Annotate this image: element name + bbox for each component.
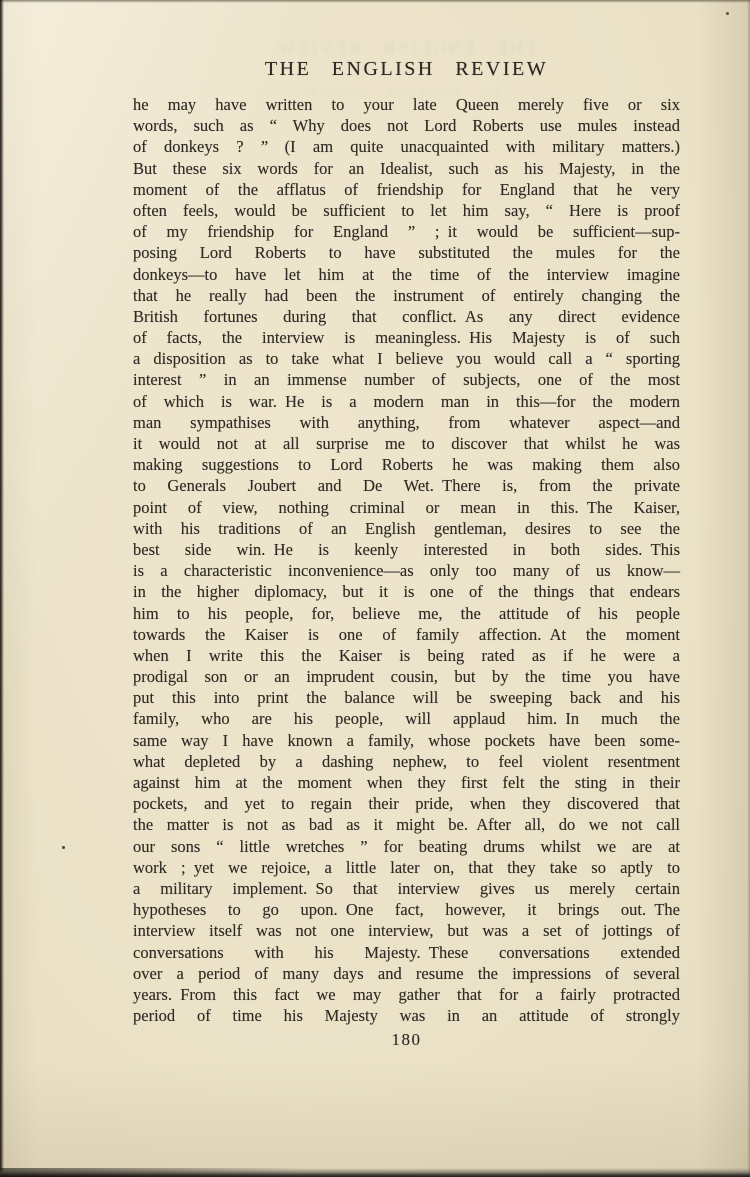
scan-edge-bottom [0,1168,750,1177]
text-line: the matter is not as bad as it might be.… [133,814,680,835]
text-line: interest ” in an immense number of subje… [133,369,680,390]
text-line: of facts, the interview is meaningless. … [133,327,680,348]
text-line: pockets, and yet to regain their pride, … [133,793,680,814]
text-line: man sympathises with anything, from what… [133,412,680,433]
text-line: in the higher diplomacy, but it is one o… [133,581,680,602]
text-line: it would not at all surprise me to disco… [133,433,680,454]
page-number: 180 [133,1030,680,1050]
text-line: of which is war. He is a modern man in t… [133,391,680,412]
text-line: of donkeys ? ” (I am quite unacquainted … [133,136,680,157]
text-line: towards the Kaiser is one of family affe… [133,624,680,645]
text-line: family, who are his people, will applaud… [133,708,680,729]
text-line: hypotheses to go upon. One fact, however… [133,899,680,920]
text-line: to Generals Joubert and De Wet. There is… [133,475,680,496]
text-line: of my friendship for England ” ; it woul… [133,221,680,242]
text-line: British fortunes during that conflict. A… [133,306,680,327]
text-line: best side win. He is keenly interested i… [133,539,680,560]
text-line: a disposition as to take what I believe … [133,348,680,369]
text-line: he may have written to your late Queen m… [133,94,680,115]
text-line: that he really had been the instrument o… [133,285,680,306]
text-line: him to his people, for, believe me, the … [133,603,680,624]
body-text-block: he may have written to your late Queen m… [133,94,680,1026]
text-line: same way I have known a family, whose po… [133,730,680,751]
text-line: point of view, nothing criminal or mean … [133,497,680,518]
text-line: over a period of many days and resume th… [133,963,680,984]
text-line: moment of the afflatus of friendship for… [133,179,680,200]
text-line: But these six words for an Idealist, suc… [133,158,680,179]
text-line: period of time his Majesty was in an att… [133,1005,680,1026]
text-line: put this into print the balance will be … [133,687,680,708]
text-line: our sons “ little wretches ” for beating… [133,836,680,857]
text-line: years. From this fact we may gather that… [133,984,680,1005]
text-line: when I write this the Kaiser is being ra… [133,645,680,666]
text-line: work ; yet we rejoice, a little later on… [133,857,680,878]
text-line: interview itself was not one interview, … [133,920,680,941]
text-line: donkeys—to have let him at the time of t… [133,264,680,285]
text-line: words, such as “ Why does not Lord Rober… [133,115,680,136]
running-head-title: THE ENGLISH REVIEW [133,58,680,81]
text-line: often feels, would be sufficient to let … [133,200,680,221]
show-through-text: THE ENGLISH REVIEW [133,38,680,60]
text-line: a military implement. So that interview … [133,878,680,899]
text-line: prodigal son or an imprudent cousin, but… [133,666,680,687]
text-line: with his traditions of an English gentle… [133,518,680,539]
text-line: is a characteristic inconvenience—as onl… [133,560,680,581]
text-line: against him at the moment when they firs… [133,772,680,793]
text-line: what depleted by a dashing nephew, to fe… [133,751,680,772]
scan-edge-left [0,0,4,1177]
ink-speck [726,12,729,15]
scan-edge-top [0,0,750,3]
text-line: posing Lord Roberts to have substituted … [133,242,680,263]
scanned-book-page: THE ENGLISH REVIEW THE ENGLISH REVIEW TH… [0,0,750,1177]
text-line: conversations with his Majesty. These co… [133,942,680,963]
text-line: making suggestions to Lord Roberts he wa… [133,454,680,475]
ink-speck [62,846,65,849]
